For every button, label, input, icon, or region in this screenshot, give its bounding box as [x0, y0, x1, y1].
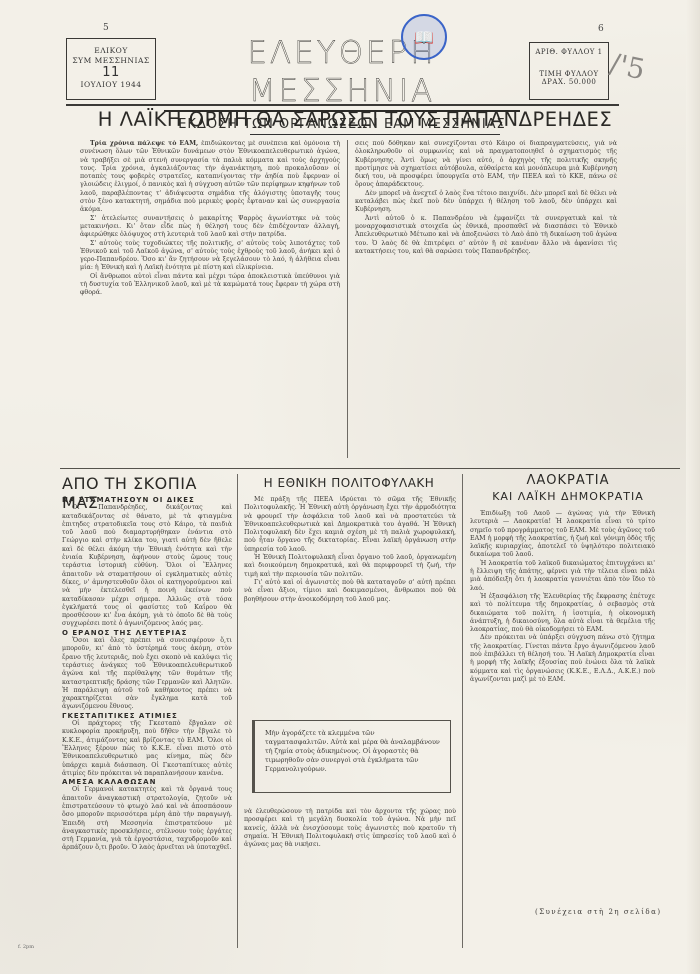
article-text: Ὅσοι καὶ ὅλες πρέπει νὰ συνεισφέρουν ὅ,τ… — [62, 637, 232, 712]
masthead-rule — [66, 104, 619, 106]
article-text: Οἱ πράχτορες τῆς Γκεσταπὸ ἔβγαλαν σὲ κυκ… — [62, 720, 232, 778]
lead-paragraph: σεις ποὺ δόθηκαν καὶ συνεχίζονται στὸ Κά… — [355, 140, 617, 190]
lead-paragraph: Οἱ ἄνθρωποι αὐτοὶ εἶναι πάντα καὶ μέχρι … — [80, 273, 340, 298]
lead-paragraph: Δὲν μπορεῖ νὰ ἀνεχτεῖ ὁ λαὸς ἕνα τέτοιο … — [355, 190, 617, 215]
subheading: ΓΚΕΣΤΑΠΙΤΙΚΕΣ ΑΤΙΜΙΕΣ — [62, 712, 232, 720]
issue-day: 11 — [67, 66, 155, 80]
section-title-politofylaki: Η ΕΘΝΙΚΗ ΠΟΛΙΤΟΦΥΛΑΚΗ — [244, 476, 454, 490]
skopia-column: ΝΑ ΣΤΑΜΑΤΗΣΟΥΝ ΟΙ ΔΙΚΕΣ Οἱ Παπανδρέηδες,… — [62, 496, 232, 948]
column-divider — [237, 474, 238, 948]
price-label: ΤΙΜΗ ΦΥΛΛΟΥ — [530, 70, 608, 78]
lead-paragraph: Σ' αὐτοὺς τοὺς τυχοδιώκτες τῆς πολιτικῆς… — [80, 240, 340, 273]
newspaper-title: ΕΛΕΥΘΕΡΗ ΜΕΣΣΗΝΙΑ — [162, 34, 522, 110]
date-box: ΕΛΙΚΟΥ ΣΥΜ ΜΕΣΣΗΝΙΑΣ 11 ΙΟΥΛΙΟΥ 1944 — [66, 38, 156, 100]
lead-article-column-2: σεις ποὺ δόθηκαν καὶ συνεχίζονται στὸ Κά… — [355, 140, 617, 458]
article-text: Γι' αὐτὸ καὶ οἱ ἀγωνιστὲς ποὺ θὰ καταταγ… — [244, 579, 456, 604]
article-text: Ἡ Ἐθνικὴ Πολιτοφυλακὴ εἶναι ὄργανο τοῦ λ… — [244, 554, 456, 579]
page-edge-shadow — [686, 0, 700, 974]
lead-paragraph: Ἀντὶ αὐτοῦ ὁ κ. Παπανδρέου νὰ ἐμφανίζει … — [355, 215, 617, 256]
title-block: ΕΛΕΥΘΕΡΗ ΜΕΣΣΗΝΙΑ ΕΚΔΟΣΗ ΤΩΝ ΟΡΓΑΝΩΣΕΩΝ … — [162, 34, 522, 102]
article-text: Ἡ λαοκρατία τοῦ λαϊκοῦ δικαιώματος ἐπιτυ… — [470, 560, 655, 593]
lead-article-column-1: Τρία χρόνια πάλεψε τὸ ΕΑΜ, ἐπιδιώκοντας … — [80, 140, 340, 458]
lead-paragraph: Σ' ἀτελείωτες συναντήσεις ὁ μακαρίτης Ψα… — [80, 215, 340, 240]
headline-underline — [250, 134, 500, 135]
boxed-notice: Μὴν ἀγοράζετε τὰ κλεμμένα τῶν ταγματασφα… — [252, 720, 451, 793]
laokratia-column: Ἐπιδίωξη τοῦ Λαοῦ — ἀγώνας γιὰ τὴν Ἐθνικ… — [470, 510, 655, 890]
price-box: ΑΡΙΘ. ΦΥΛΛΟΥ 1 ΤΙΜΗ ΦΥΛΛΟΥ ΔΡΑΧ. 50.000 — [529, 42, 609, 100]
continued-note: (Συνέχεια στὴ 2η σελίδα) — [535, 908, 662, 916]
section-divider — [60, 468, 680, 469]
subheading: Ο ΕΡΑΝΟΣ ΤΗΣ ΛΕΥΤΕΡΙΑΣ — [62, 629, 232, 637]
article-text: Δὲν πρόκειται νὰ ὑπάρξει σύγχυση πάνω στ… — [470, 634, 655, 684]
lead-opening: Τρία χρόνια πάλεψε τὸ ΕΑΜ, — [90, 140, 198, 147]
article-text: Οἱ Γερμανοὶ κατακτητὲς καὶ τὰ ὄργανά του… — [62, 786, 232, 852]
section-title-laokratia-1: ΛΑΟΚΡΑΤΙΑ — [468, 473, 668, 488]
margin-note: f. 2pm — [18, 944, 34, 950]
article-text: Οἱ Παπανδρέηδες, δικάζοντας καὶ καταδικά… — [62, 504, 232, 628]
politofylaki-continuation: νὰ ἐλευθερώσουν τὴ πατρίδα καὶ τὸν ἄρχον… — [244, 808, 456, 948]
handwritten-mark-icon: /'5 — [607, 47, 648, 87]
subheading: ΑΜΕΣΑ ΚΑΛΑΘΩΣΑΝ — [62, 778, 232, 786]
sheet-number: ΑΡΙΘ. ΦΥΛΛΟΥ 1 — [530, 48, 608, 56]
place-line-1: ΕΛΙΚΟΥ — [67, 46, 155, 56]
issue-mark-left: 5 — [103, 23, 109, 33]
article-text: νὰ ἐλευθερώσουν τὴ πατρίδα καὶ τὸν ἄρχον… — [244, 808, 456, 849]
column-divider — [347, 140, 348, 458]
issue-month-year: ΙΟΥΛΙΟΥ 1944 — [67, 80, 155, 90]
masthead: ΕΛΙΚΟΥ ΣΥΜ ΜΕΣΣΗΝΙΑΣ 11 ΙΟΥΛΙΟΥ 1944 ΕΛΕ… — [66, 34, 609, 102]
politofylaki-column: Μὲ πράξη τῆς ΠΕΕΑ ἱδρύεται τὸ σῶμα τῆς Ἐ… — [244, 496, 456, 686]
article-text: Μὲ πράξη τῆς ΠΕΕΑ ἱδρύεται τὸ σῶμα τῆς Ἐ… — [244, 496, 456, 554]
subheading: ΝΑ ΣΤΑΜΑΤΗΣΟΥΝ ΟΙ ΔΙΚΕΣ — [62, 496, 232, 504]
newspaper-page: 5 ΕΛΙΚΟΥ ΣΥΜ ΜΕΣΣΗΝΙΑΣ 11 ΙΟΥΛΙΟΥ 1944 Ε… — [0, 0, 700, 974]
price-value: ΔΡΑΧ. 50.000 — [530, 78, 608, 86]
library-stamp-icon: 📖 — [401, 14, 447, 60]
issue-mark-right: 6 — [598, 24, 604, 34]
section-title-laokratia-2: ΚΑΙ ΛΑΪΚΗ ΔΗΜΟΚΡΑΤΙΑ — [468, 490, 668, 503]
main-headline: Η ΛΑΪΚΗ ΟΡΜΗ ΘΑ ΣΑΡΩΣΕΙ ΤΟΥΣ ΠΑΠΑΝΔΡΕΗΔΕ… — [95, 108, 615, 131]
article-text: Ἐπιδίωξη τοῦ Λαοῦ — ἀγώνας γιὰ τὴν Ἐθνικ… — [470, 510, 655, 560]
lead-paragraph: Τρία χρόνια πάλεψε τὸ ΕΑΜ, ἐπιδιώκοντας … — [80, 140, 340, 215]
column-divider — [462, 474, 463, 948]
article-text: Ἡ ἐξασφάλιση τῆς Ἐλευθερίας τῆς ἔκφρασης… — [470, 593, 655, 634]
